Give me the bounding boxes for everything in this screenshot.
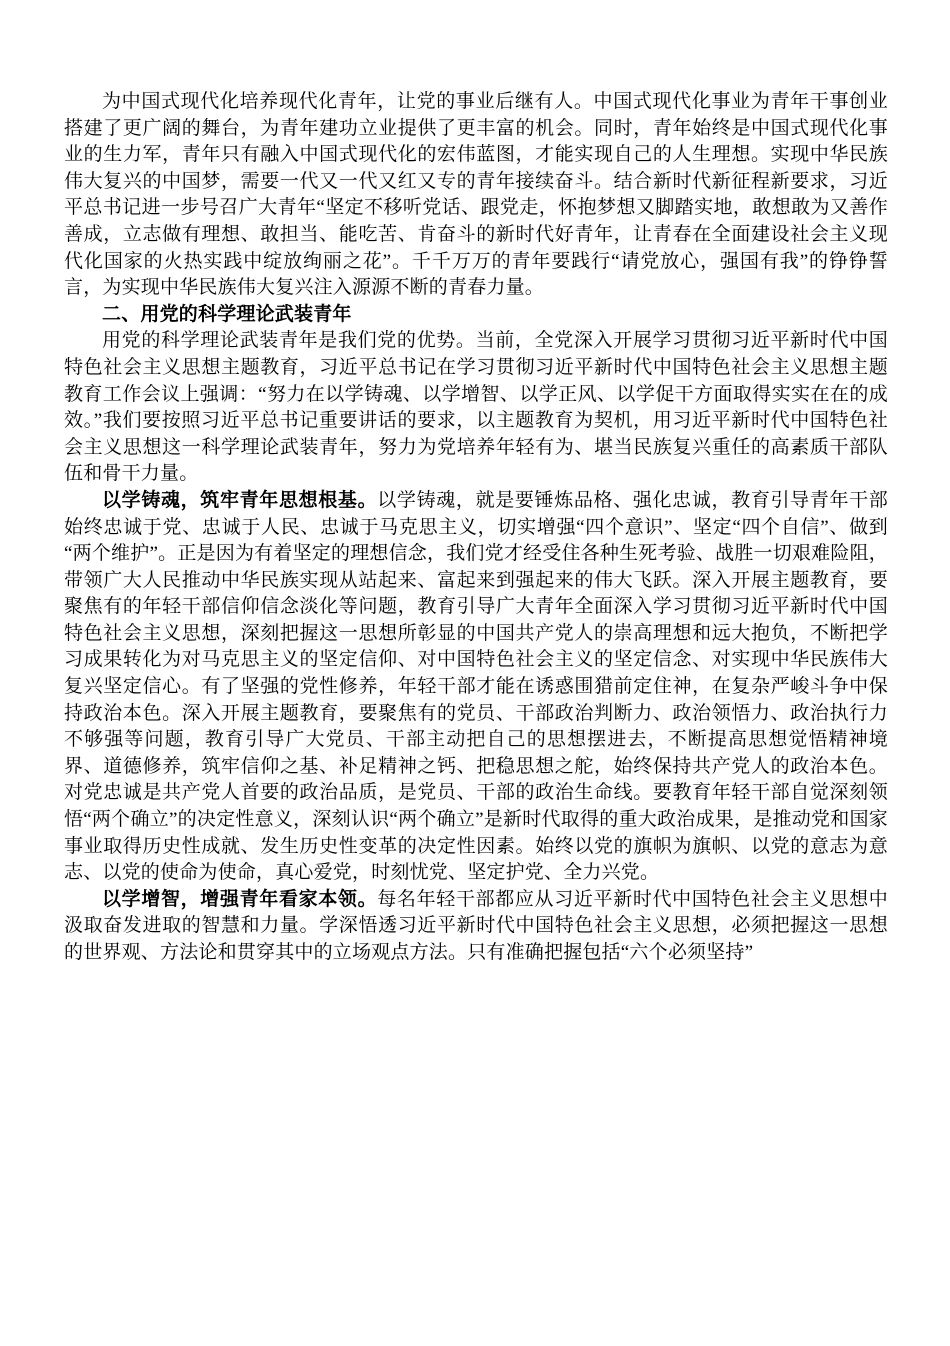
document-page: 为中国式现代化培养现代化青年，让党的事业后继有人。中国式现代化事业为青年干事创业… xyxy=(0,0,950,1346)
section-heading-theory: 二、用党的科学理论武装青年 xyxy=(64,302,888,329)
paragraph-yixuezengzhi: 以学增智，增强青年看家本领。每名年轻干部都应从习近平新时代中国特色社会主义思想中… xyxy=(64,887,888,967)
paragraph-intro: 为中国式现代化培养现代化青年，让党的事业后继有人。中国式现代化事业为青年干事创业… xyxy=(64,89,888,302)
paragraph-yixuezhuhun: 以学铸魂，筑牢青年思想根基。以学铸魂，就是要锤炼品格、强化忠诚，教育引导青年干部… xyxy=(64,488,888,887)
paragraph-lead-yixuezengzhi: 以学增智，增强青年看家本领。 xyxy=(102,889,377,910)
document-body: 为中国式现代化培养现代化青年，让党的事业后继有人。中国式现代化事业为青年干事创业… xyxy=(64,89,888,967)
paragraph-text-yixuezhuhun: 以学铸魂，就是要锤炼品格、强化忠诚，教育引导青年干部始终忠诚于党、忠诚于人民、忠… xyxy=(64,490,888,883)
paragraph-lead-yixuezhuhun: 以学铸魂，筑牢青年思想根基。 xyxy=(102,490,377,511)
paragraph-theory-overview: 用党的科学理论武装青年是我们党的优势。当前，全党深入开展学习贯彻习近平新时代中国… xyxy=(64,328,888,488)
